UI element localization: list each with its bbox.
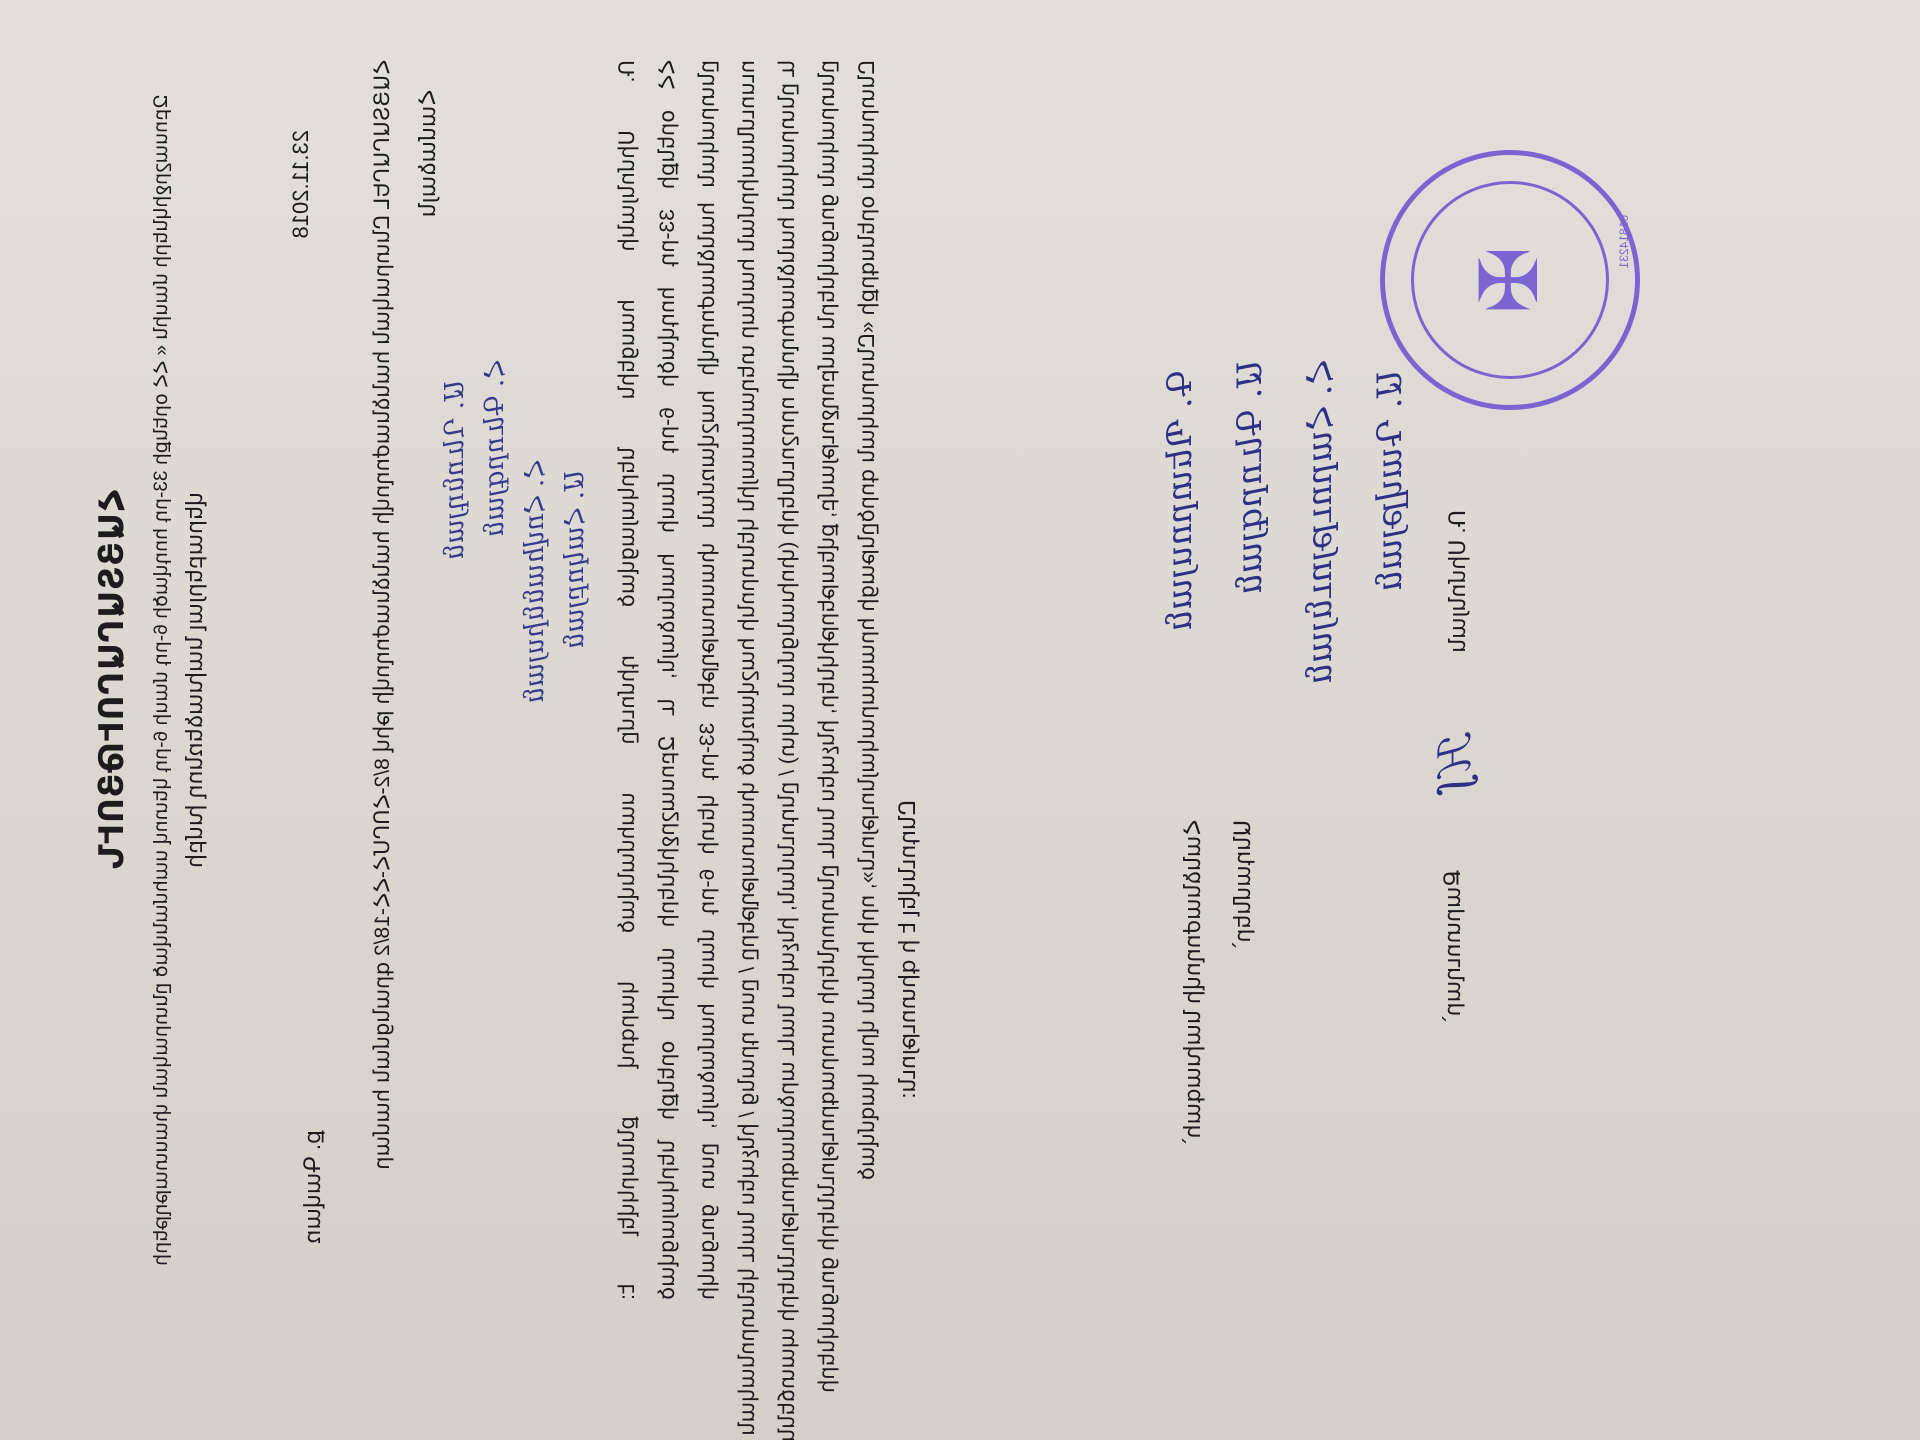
reference-line: ՀԱՅՏԱՐԱՐԵԼ Ընտրական հանձնաժողովի հանձնաժ… — [370, 60, 395, 1260]
member-handwritten-name: Հ. Հովհաննիսյան — [520, 460, 550, 704]
stamp-number: 01814231 — [1617, 215, 1631, 268]
body-text-line: ընտրական հանձնաժողովի հաշվառման փաստաթղթ… — [695, 60, 720, 1300]
secretary-signature-icon: ℋ∫ — [1430, 730, 1481, 796]
body-text-line: Ընտրական օրենսգրքի «Ընտրական գործընթացի … — [855, 60, 880, 1300]
document-date: 23.11.2018 — [288, 130, 314, 238]
secretary-label: Քարտուղար՝ — [1440, 870, 1466, 1022]
closing-line: Ընդունվել է ի գիտություն: — [895, 800, 921, 1099]
member-signature: Հ. Հարությունյան — [1300, 360, 1340, 685]
body-text-line: ընտրական ցուցակներն ամբողջությամբ, քվեաթ… — [815, 60, 840, 1300]
document-subtitle: վերաբերյալ նախաձեռնող խմբի — [182, 0, 208, 1360]
document-page: ՀԱՅՏԱՐԱՐՈՒԹՅՈՒՆ Զբոսաշրջիկների մասին « Հ… — [0, 0, 1920, 1440]
member-signature: Ա. Գևորգյան — [1230, 360, 1270, 595]
member-signature: Ա. Դավթյան — [1370, 370, 1410, 592]
body-text-line: ուսումնասիրման համար տեղամասային կենտրոն… — [735, 60, 760, 1300]
document-subtitle: Զբոսաշրջիկների մասին « ՀՀ օրենքի 33-րդ հ… — [150, 0, 173, 1360]
secretary-name: Ռ. Սիմոնյան — [1445, 510, 1471, 653]
document-title: ՀԱՅՏԱՐԱՐՈՒԹՅՈՒՆ — [92, 0, 132, 1360]
committee-label: Համաձայն — [415, 90, 441, 217]
members-label: Անդամներ՝ — [1230, 820, 1256, 948]
chairman-label: Հանձնաժողովի նախագահ՝ — [1180, 820, 1206, 1144]
body-text-line: ՀՀ օրենքի 33-րդ հոդվածի 6-րդ մասի համաձա… — [655, 60, 680, 1300]
official-stamp: ✠ 01814231 — [1380, 150, 1640, 410]
body-text-line: և ընտրական հանձնաժողովի որոշումների (փոխ… — [775, 60, 800, 1300]
member-signature: Գ. Պետրոսյան — [1160, 370, 1200, 632]
body-text-line: Ռ. Սիմոնյանի հասցեին ներկայացված դիմումը… — [615, 60, 640, 1300]
member-handwritten-name: Ա. Հակոբյան — [560, 470, 590, 649]
member-handwritten-name: Ա. Ղևոնդյան — [440, 380, 470, 560]
coat-of-arms-icon: ✠ — [1455, 225, 1565, 335]
document-place: ք. Գավառ — [300, 1130, 326, 1244]
member-handwritten-name: Հ. Գևորգյան — [480, 360, 510, 538]
